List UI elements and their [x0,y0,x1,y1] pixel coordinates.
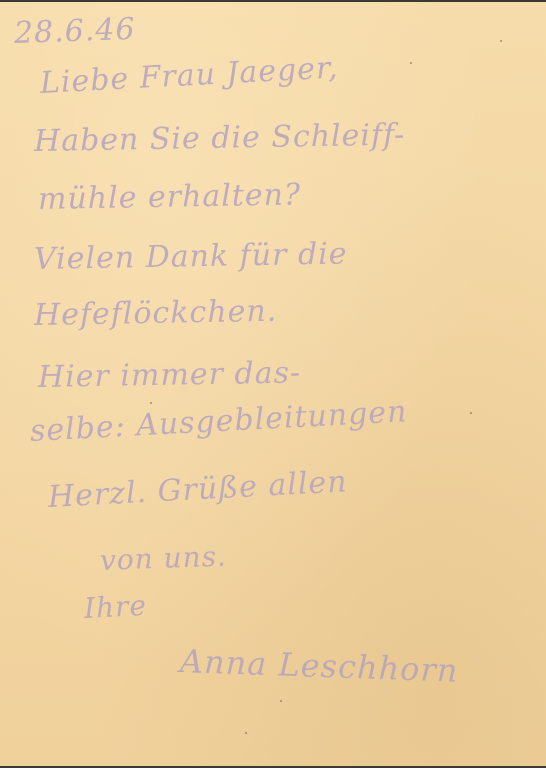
closing-line: Ihre [83,589,148,625]
paper-speck [470,412,472,414]
text-line: mühle erhalten? [38,177,302,217]
paper-speck [150,402,152,404]
postcard: 28.6.46 Liebe Frau Jaeger, Haben Sie die… [0,2,546,766]
text-line: Vielen Dank für die [34,237,348,277]
signature: Anna Leschhorn [179,642,459,690]
salutation-line: Liebe Frau Jaeger, [39,50,339,101]
text-line: selbe: Ausgebleitungen [29,394,408,449]
greeting-line: Herzl. Grüße allen [47,464,348,515]
greeting-line: von uns. [99,540,227,577]
date-line: 28.6.46 [13,12,136,51]
paper-speck [500,40,502,42]
text-line: Hier immer das- [38,355,302,395]
paper-speck [410,62,412,64]
paper-speck [280,700,282,702]
text-line: Haben Sie die Schleiff- [34,118,406,159]
text-line: Hefeflöckchen. [34,294,278,333]
paper-speck [245,732,247,734]
